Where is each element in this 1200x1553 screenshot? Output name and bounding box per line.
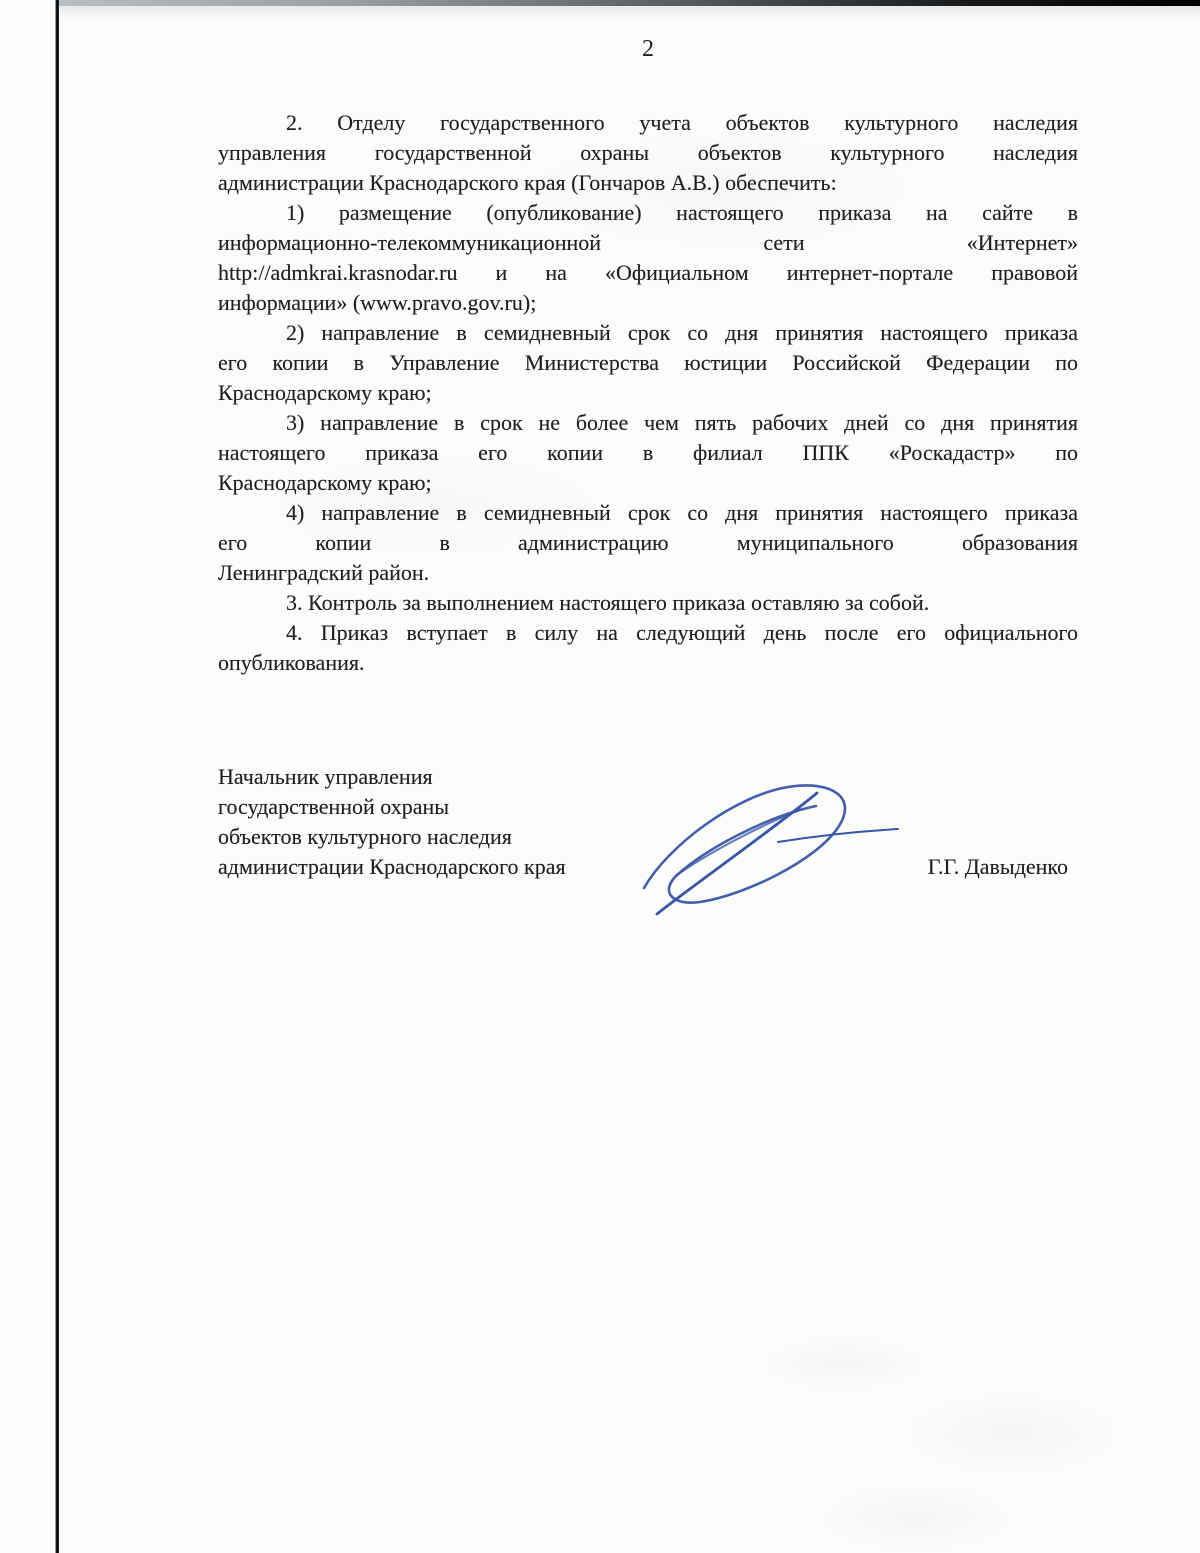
paragraph-line: управления государственной охраны объект… <box>218 138 1078 168</box>
document-page: 2 2. Отделу государственного учета объек… <box>0 0 1200 1553</box>
paragraph-3: 3. Контроль за выполнением настоящего пр… <box>218 588 1078 618</box>
paragraph-line: 3. Контроль за выполнением настоящего пр… <box>218 588 1078 618</box>
paragraph-line: опубликования. <box>218 648 1078 678</box>
paragraph-line: 2) направление в семидневный срок со дня… <box>218 318 1078 348</box>
signature-block: Начальник управления государственной охр… <box>218 762 1078 882</box>
paragraph-line: Краснодарскому краю; <box>218 468 1078 498</box>
paragraph-line: 2. Отделу государственного учета объекто… <box>218 108 1078 138</box>
paragraph-line: 4) направление в семидневный срок со дня… <box>218 498 1078 528</box>
paragraph-4: 4. Приказ вступает в силу на следующий д… <box>218 618 1078 678</box>
page-number: 2 <box>218 34 1078 64</box>
signatory-title-line: государственной охраны <box>218 792 658 822</box>
signatory-title-line: объектов культурного наследия <box>218 822 658 852</box>
paragraph-line: администрации Краснодарского края (Гонча… <box>218 168 1078 198</box>
subparagraph-2: 2) направление в семидневный срок со дня… <box>218 318 1078 408</box>
document-body: 2. Отделу государственного учета объекто… <box>218 108 1078 678</box>
paragraph-line: http://admkrai.krasnodar.ru и на «Официа… <box>218 258 1078 288</box>
subparagraph-4: 4) направление в семидневный срок со дня… <box>218 498 1078 588</box>
subparagraph-1: 1) размещение (опубликование) настоящего… <box>218 198 1078 318</box>
signatory-name: Г.Г. Давыденко <box>928 852 1078 882</box>
paragraph-line: 3) направление в срок не более чем пять … <box>218 408 1078 438</box>
paragraph-line: информации» (www.pravo.gov.ru); <box>218 288 1078 318</box>
signatory-title-line: администрации Краснодарского края <box>218 852 658 882</box>
paragraph-line: 1) размещение (опубликование) настоящего… <box>218 198 1078 228</box>
scan-noise-bottom-right <box>700 1280 1180 1553</box>
subparagraph-3: 3) направление в срок не более чем пять … <box>218 408 1078 498</box>
paragraph-line: информационно-телекоммуникационной сети … <box>218 228 1078 258</box>
scan-left-edge <box>55 0 59 1553</box>
signatory-title-line: Начальник управления <box>218 762 658 792</box>
signatory-title: Начальник управления государственной охр… <box>218 762 658 882</box>
paragraph-line: настоящего приказа его копии в филиал ПП… <box>218 438 1078 468</box>
paragraph-line: Краснодарскому краю; <box>218 378 1078 408</box>
paragraph-line: его копии в Управление Министерства юсти… <box>218 348 1078 378</box>
text-column: 2 2. Отделу государственного учета объек… <box>218 0 1078 882</box>
paragraph-line: Ленинградский район. <box>218 558 1078 588</box>
paragraph-2: 2. Отделу государственного учета объекто… <box>218 108 1078 198</box>
paragraph-line: 4. Приказ вступает в силу на следующий д… <box>218 618 1078 648</box>
handwritten-signature <box>630 776 905 918</box>
paragraph-line: его копии в администрацию муниципального… <box>218 528 1078 558</box>
